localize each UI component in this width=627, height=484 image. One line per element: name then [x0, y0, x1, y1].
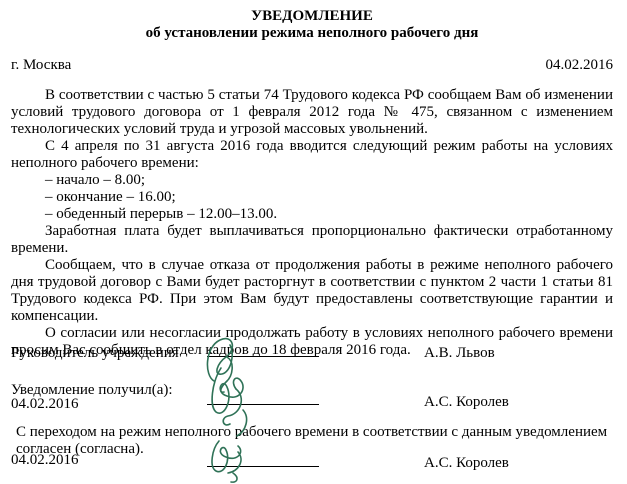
meta-row: г. Москва 04.02.2016 — [11, 57, 613, 74]
city-label: г. Москва — [11, 57, 71, 74]
paragraph-schedule-intro: С 4 апреля по 31 августа 2016 года вводи… — [11, 138, 613, 172]
director-name: А.В. Львов — [424, 345, 495, 362]
document-date: 04.02.2016 — [546, 57, 614, 74]
director-signature-line — [207, 356, 319, 357]
employee-name: А.С. Королев — [424, 394, 509, 411]
paragraph-legal-basis: В соответствии с частью 5 статьи 74 Труд… — [11, 87, 613, 138]
received-date: 04.02.2016 — [11, 396, 79, 413]
director-role-label: Руководитель учреждения — [11, 345, 179, 362]
agreement-name: А.С. Королев — [424, 455, 509, 472]
document-content: УВЕДОМЛЕНИЕ об установлении режима непол… — [0, 0, 627, 359]
list-item-end-time: – окончание – 16.00; — [11, 189, 613, 206]
paragraph-refusal-consequences: Сообщаем, что в случае отказа от продолж… — [11, 257, 613, 325]
agreement-statement: С переходом на режим неполного рабочего … — [11, 424, 617, 458]
title-line-2: об установлении режима неполного рабочег… — [11, 25, 613, 42]
agreement-date: 04.02.2016 — [11, 452, 79, 469]
list-item-start-time: – начало – 8.00; — [11, 172, 613, 189]
agreement-signature-line — [207, 466, 319, 467]
employee-signature-line — [207, 404, 319, 405]
document-page: УВЕДОМЛЕНИЕ об установлении режима непол… — [0, 0, 627, 484]
title-line-1: УВЕДОМЛЕНИЕ — [11, 8, 613, 25]
list-item-lunch-break: – обеденный перерыв – 12.00–13.00. — [11, 206, 613, 223]
document-body: В соответствии с частью 5 статьи 74 Труд… — [11, 87, 613, 359]
document-title: УВЕДОМЛЕНИЕ об установлении режима непол… — [11, 8, 613, 42]
paragraph-salary: Заработная плата будет выплачиваться про… — [11, 223, 613, 257]
